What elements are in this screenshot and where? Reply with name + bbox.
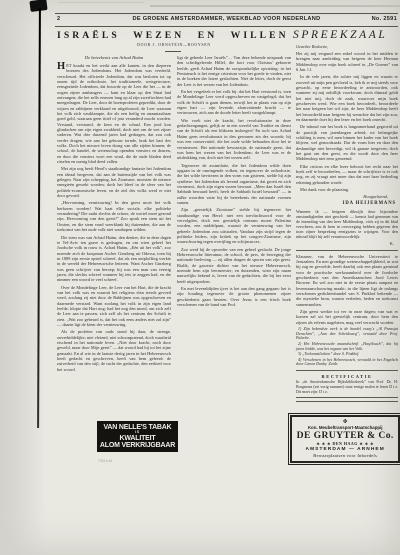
letter-paragraph: In de vele jaren, die achter mij liggen … [296,74,398,122]
section-heading: De beteekenis van Achad Haäm [57,55,171,60]
body-paragraph: Die stem was van Achad Haäm, den denker,… [57,235,171,283]
body-paragraph: En met levensblijden ijver is het aan de… [177,286,291,307]
rectificatie-title: RECTIFICATIE [296,374,398,379]
byline-dash [165,51,181,52]
body-paragraph: En het vergeleek er het volk bij: dat he… [177,89,291,116]
letter-paragraph: Het zij mij vergund een enkel woord in h… [296,51,398,72]
body-paragraph: Wie voelt niet de kracht, het revolution… [177,118,291,161]
paragraph-text: ET kraakt en het werkt aan alle kanten, … [57,63,171,164]
article-byline: DOOR J. ORNSTEIN—BOOYSEN [57,43,291,47]
ad-line: AMSTERDAM — ARNHEM [293,447,397,453]
body-paragraph: Zijn geest werkte tot ver in onze dagen;… [296,309,398,325]
scan-artifact-streak [58,2,144,3]
page-header: 2 DE GROENE AMSTERDAMMER, WEEKBLAD VOOR … [55,15,398,25]
spreekzaal-title: SPREEKZAAL [293,29,399,41]
rectificatie-text: In „de Amsterdamsche Rijksbibliotheek” v… [296,380,398,394]
newspaper-scan-page: 2 DE GROENE AMSTERDAMMER, WEEKBLAD VOOR … [0,0,400,555]
ad-line: ALOM VERKRIJGBAAR [98,442,177,450]
letter-paragraph: De inhoud van het boek is langzamerhand … [296,124,398,161]
issue-number: No. 2591 [372,16,397,22]
body-paragraph: Met zijn oog heeft Herzl's staatkundige … [57,166,171,198]
de-gruyter-ad-inner: ✤ Kon. Meubeltransport-Maatschappij DE G… [290,415,400,463]
letter-signature: IDA HEIJERMANS [296,201,396,206]
editor-initial: K. [296,241,394,246]
article-column-1: De beteekenis van Achad Haäm HET kraakt … [57,55,171,374]
footnote: 2) Het Hebreeuwsche maandschrift „Hasjil… [296,342,398,351]
body-paragraph: Klausner, van de Hebreeuwsche Universite… [296,254,398,307]
body-paragraph: Als de profeten van ouds stond hij daar,… [57,329,171,372]
dropcap: H [57,63,65,72]
ad-company-name: DE GRUYTER & Co. [293,431,397,442]
de-gruyter-ad: ✤ Kon. Meubeltransport-Maatschappij DE G… [288,413,400,465]
editor-note: Wanneer ik — hetgeen dikwijls door bijzo… [296,209,398,240]
header-rule-bottom [55,26,398,27]
article-headline: ISRAËLS WEZEN EN WILLEN [57,30,293,41]
body-paragraph: HET kraakt en het werkt aan alle kanten,… [57,63,171,165]
letter-paragraph: Elke criticus en elke lezer behoort het … [296,164,398,185]
column-3: Geachte Redactie, Het zij mij vergund ee… [296,44,398,405]
body-paragraph: Zoo werd hij de opvoeder van een geheel … [177,247,291,284]
footnote: 3) „Toekomstlichten” door S. Pinkhof. [296,352,398,357]
footnotes: 1) Zijn bekendste werk is de bundel essa… [296,327,398,367]
ad-number: 7784 b 45 [98,459,112,463]
body-paragraph: Tegenover de assimilatie, die het Jodend… [177,163,291,206]
column-divider-rule [296,250,398,251]
letter-paragraph: Met dank voor de plaatsing. [296,187,398,192]
van-nelle-ad: VAN NELLE'S TABAK IS KWALITEIT ALOM VERK… [97,421,178,452]
body-paragraph: „Hervorming, vernieuwing! In den geest m… [57,200,171,232]
body-paragraph: Zijn „geestelijk Zionisme” stelde hij te… [177,207,291,244]
letter-salutation: Geachte Redactie, [296,44,398,49]
rectificatie-rule-top [296,370,398,371]
article-column-2: ligt de geheele Leer Israëls”… Van deze … [177,55,291,309]
masthead: DE GROENE AMSTERDAMMER, WEEKBLAD VOOR NE… [55,16,398,22]
scan-artifact-streak [150,5,400,7]
footnote: 1) Zijn bekendste werk is de bundel essa… [296,327,398,341]
ad-line: KWALITEIT [98,435,177,443]
body-paragraph: Over de Mondelinge Leer, de Leer van het… [57,285,171,328]
body-paragraph: ligt de geheele Leer Israëls”… Van deze … [177,55,291,87]
rectificatie-rule-bottom [296,397,398,402]
ad-line: Bewaarplaatsen voor Inboedels [293,453,397,459]
letter-closing: Hoogachtend, [296,194,388,199]
header-rule-top [55,13,398,14]
footnote: 4) Verschenen in het Hebreeuwsch, vertaa… [296,358,398,367]
